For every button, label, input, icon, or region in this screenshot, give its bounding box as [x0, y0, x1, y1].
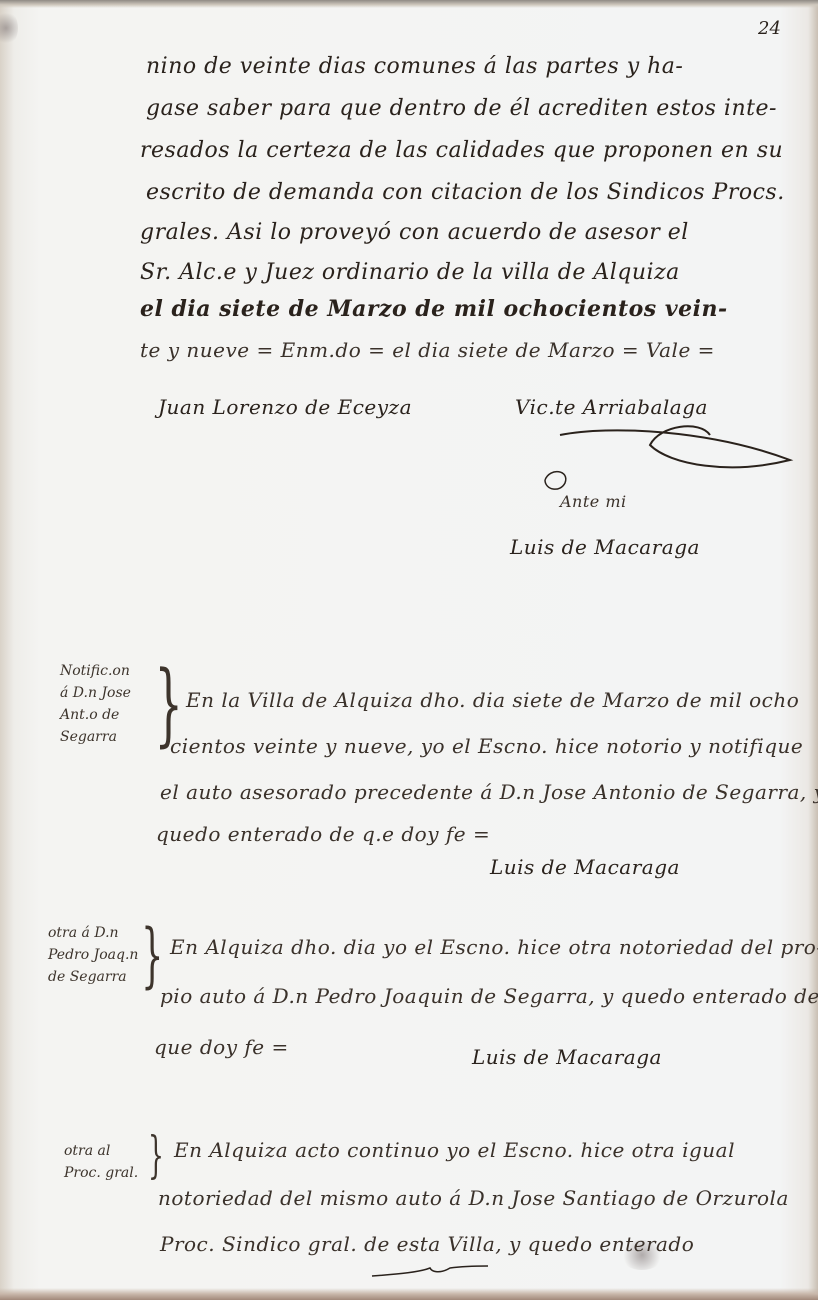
text-line: que doy fe = — [154, 1035, 289, 1059]
text-line: nino de veinte dias comunes á las partes… — [146, 54, 683, 79]
text-line: quedo enterado de q.e doy fe = — [156, 822, 490, 846]
witness-label: Ante mi — [560, 492, 627, 511]
text-line: grales. Asi lo proveyó con acuerdo de as… — [140, 220, 689, 245]
text-line: resados la certeza de las calidades que … — [140, 138, 783, 163]
brace-mark: } — [148, 1130, 164, 1180]
rubric-mark — [540, 465, 580, 495]
text-line: el dia siete de Marzo de mil ochocientos… — [140, 296, 728, 322]
ink-stain — [0, 10, 18, 46]
text-line: En Alquiza acto continuo yo el Escno. hi… — [174, 1138, 735, 1162]
signature-notary: Luis de Macaraga — [472, 1045, 662, 1069]
text-line: notoriedad del mismo auto á D.n Jose San… — [158, 1186, 789, 1210]
signature-juan-lorenzo: Juan Lorenzo de Eceyza — [158, 395, 412, 419]
text-line: escrito de demanda con citacion de los S… — [146, 180, 785, 205]
text-line: el auto asesorado precedente á D.n Jose … — [160, 780, 818, 804]
page-number: 24 — [758, 18, 781, 39]
text-line: cientos veinte y nueve, yo el Escno. hic… — [170, 734, 803, 758]
margin-note: otra al Proc. gral. — [64, 1140, 138, 1184]
text-line: te y nueve = Enm.do = el dia siete de Ma… — [140, 338, 715, 362]
page-top-edge — [0, 0, 818, 8]
line-end-flourish — [370, 1262, 490, 1282]
text-line: Proc. Sindico gral. de esta Villa, y que… — [160, 1232, 694, 1256]
signature-notary: Luis de Macaraga — [490, 855, 680, 879]
text-line: pio auto á D.n Pedro Joaquin de Segarra,… — [160, 984, 818, 1008]
manuscript-page: 24 nino de veinte dias comunes á las par… — [0, 0, 818, 1300]
signature-notary: Luis de Macaraga — [510, 535, 700, 559]
margin-note: Notific.on á D.n Jose Ant.o de Segarra — [60, 660, 131, 748]
text-line: gase saber para que dentro de él acredit… — [146, 96, 777, 121]
page-bottom-edge — [0, 1288, 818, 1300]
signature-flourish — [550, 415, 800, 475]
margin-note: otra á D.n Pedro Joaq.n de Segarra — [48, 922, 138, 988]
text-line: Sr. Alc.e y Juez ordinario de la villa d… — [140, 260, 680, 285]
text-line: En Alquiza dho. dia yo el Escno. hice ot… — [170, 935, 818, 959]
text-line: En la Villa de Alquiza dho. dia siete de… — [186, 688, 799, 712]
brace-mark: } — [141, 920, 163, 990]
